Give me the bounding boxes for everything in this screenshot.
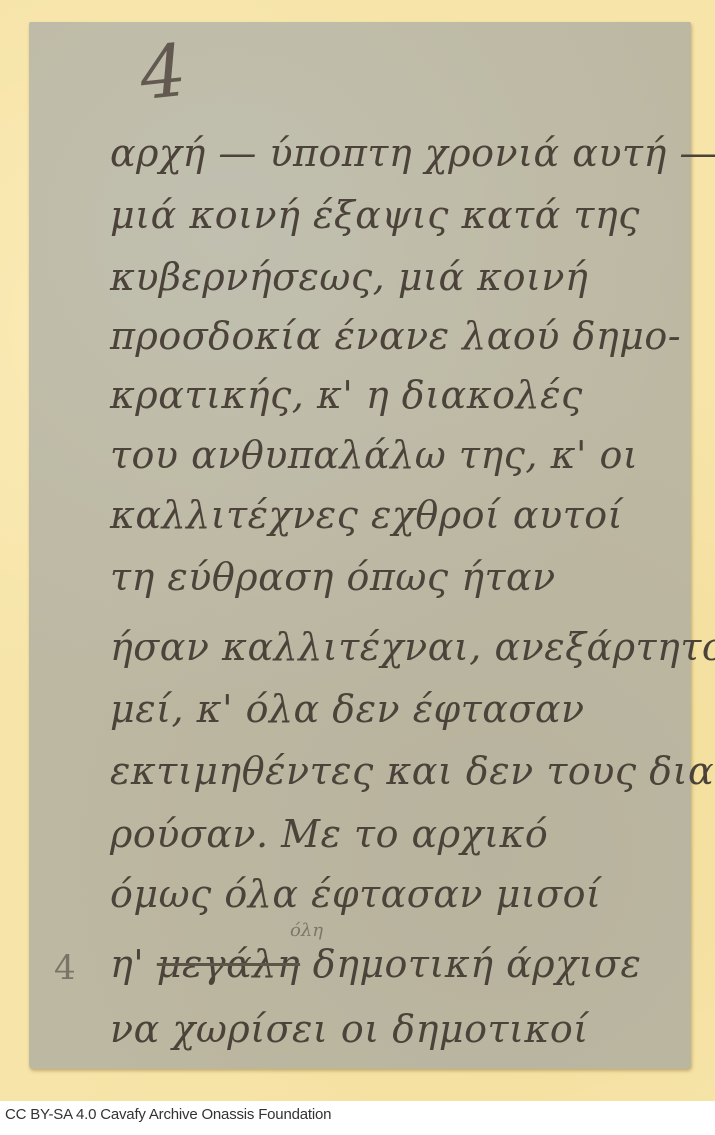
struck-out-word: μεγάλη <box>157 942 300 986</box>
manuscript-line-14: η' μεγάλη δημοτική άρχισε <box>110 945 641 983</box>
manuscript-line-10: μεί, κ' όλα δεν έφτασαν <box>110 690 585 728</box>
page-number-pencil: 4 <box>136 34 189 110</box>
manuscript-line-15: να χωρίσει οι δημοτικοί <box>110 1010 589 1048</box>
manuscript-line-5: κρατικής, κ' η διακολές <box>110 376 583 414</box>
manuscript-line-8: τη εύθραση όπως ήταν <box>110 558 556 596</box>
manuscript-line-13: όμως όλα έφτασαν μισοί <box>110 875 601 913</box>
license-caption: CC BY-SA 4.0 Cavafy Archive Onassis Foun… <box>5 1106 331 1123</box>
manuscript-line-3: κυβερνήσεως, μιά κοινή <box>110 258 588 296</box>
manuscript-line-7: καλλιτέχνες εχθροί αυτοί <box>110 496 623 534</box>
line-14-prefix: η' <box>110 942 157 986</box>
manuscript-line-6: του ανθυπαλάλω της, κ' οι <box>110 436 638 474</box>
manuscript-line-1: αρχή — ύποπτη χρονιά αυτή — <box>110 134 715 172</box>
interlinear-insertion: όλη <box>290 920 323 941</box>
margin-mark: 4 <box>54 948 76 988</box>
manuscript-line-4: προσδοκία ένανε λαού δημο- <box>110 317 681 355</box>
manuscript-line-9: ήσαν καλλιτέχναι, ανεξάρτητοι <box>110 628 715 666</box>
line-14-suffix: δημοτική άρχισε <box>300 942 641 986</box>
manuscript-line-2: μιά κοινή έξαψις κατά της <box>110 196 640 234</box>
manuscript-line-11: εκτιμηθέντες και δεν τους διαι- <box>110 752 715 790</box>
manuscript-line-12: ρούσαν. Με το αρχικό <box>110 815 548 853</box>
